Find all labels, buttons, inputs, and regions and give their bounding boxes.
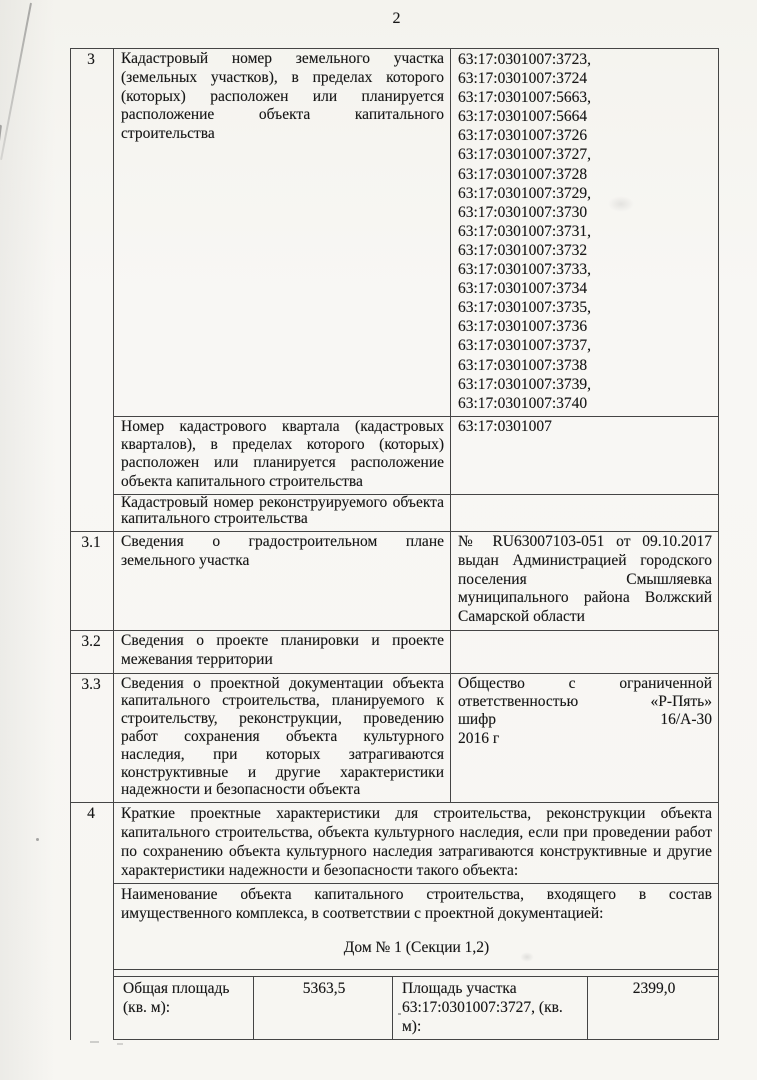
total-area-label: Общая площадь(кв. м):	[114, 977, 254, 1039]
plot-area-label: Площадь участка63:17:0301007:3727, (кв.м…	[393, 977, 588, 1039]
row-3-2-label: Сведения о проекте планировки и проектем…	[114, 631, 451, 674]
row-3-3-number: 3.3	[71, 674, 114, 804]
row-quartal-value: 63:17:0301007	[451, 417, 719, 495]
row-3-number: 3	[71, 49, 114, 532]
scan-artifact-diagonal-line-end	[0, 125, 2, 165]
object-name-cell: Наименование объекта капитального строит…	[114, 884, 719, 970]
row-3-3-label: Сведения о проектной документации объект…	[114, 674, 451, 804]
row-3-label: Кадастровый номер земельного участка(зем…	[114, 49, 451, 417]
row-3-2-value	[451, 631, 719, 674]
scan-artifact-speck	[90, 1041, 99, 1043]
row-3-1-number: 3.1	[71, 532, 114, 631]
scan-artifact-speck	[36, 838, 39, 841]
row-3-1-value: № RU63007103-051 от 09.10.2017выдан Адми…	[451, 532, 719, 631]
row-reconstr-value	[451, 495, 719, 532]
row-4-description: Краткие проектные характеристики для стр…	[114, 803, 719, 884]
row-reconstr-label: Кадастровый номер реконструируемого объе…	[114, 495, 451, 532]
object-name-text: Наименование объекта капитального строит…	[121, 885, 712, 923]
page-number: 2	[0, 10, 757, 28]
row-4-number: 4	[71, 803, 114, 1040]
plot-area-value: 2399,0	[588, 977, 718, 1039]
row-3-cadastral-numbers: 63:17:0301007:3723,63:17:0301007:372463:…	[451, 49, 719, 417]
area-sub-table: Общая площадь(кв. м): 5363,5 Площадь уча…	[114, 976, 719, 1040]
row-3-2-number: 3.2	[71, 631, 114, 674]
house-title: Дом № 1 (Секции 1,2)	[121, 938, 712, 957]
row-quartal-label: Номер кадастрового квартала (кадастровых…	[114, 417, 451, 495]
row-3-1-label: Сведения о градостроительном планеземель…	[114, 532, 451, 631]
scan-artifact-speck	[117, 1043, 123, 1045]
row-3-3-value: Общество с ограниченнойответственностью …	[451, 674, 719, 804]
scanned-document-page: 2 3 Кадастровый номер земельного участка…	[0, 0, 757, 1080]
total-area-value: 5363,5	[254, 977, 393, 1039]
permit-details-table: 3 Кадастровый номер земельного участка(з…	[70, 48, 719, 1040]
